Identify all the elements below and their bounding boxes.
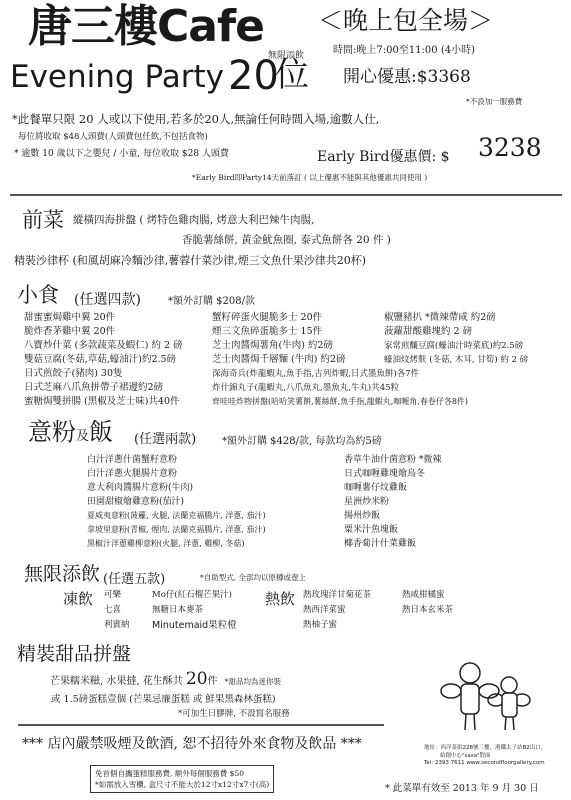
dessert-items: 芒果糯米糍, 水果撻, 花生酥共 (50, 676, 183, 687)
rice-title: 飯 (89, 418, 113, 446)
dessert-mini-note: *甜品均為迷你裝 (225, 677, 281, 686)
address-line-2: 始創中心"sasa"對面 (440, 751, 491, 759)
early-bird-label: Early Bird優惠價: $ (317, 146, 450, 166)
dessert-line-1: 芒果糯米糍, 水果撻, 花生酥共 20件 *甜品均為迷你裝 (50, 669, 281, 689)
list-item: 雙菇豆腐(冬菇,草菇,蠔油汁)約2.5磅 (24, 353, 183, 367)
list-item: 揚州炒飯 (344, 509, 441, 523)
terms-line-2: 每位將收取 $48人頭費(人頭費包任飲,不包括食物) (18, 130, 208, 142)
snacks-title: 小食 (17, 285, 59, 306)
time-info: 時間:晚上7:00至11:00 (4小時) (333, 41, 475, 56)
list-item: 菠蘿甜酸雞塊約 2 磅 (384, 325, 528, 339)
dessert-line-3: *可加生日膠牌, 不設寫名服務 (178, 707, 290, 719)
list-item: 星洲炒米粉 (344, 495, 441, 509)
rice-column-2: 香草牛油什菌意粉 *微辣 日式咖喱雞塊燴烏冬 咖喱薯仔炆雞飯 星洲炒米粉 揚州炒… (344, 453, 441, 551)
snacks-extra: *額外訂購 $208/款 (168, 292, 255, 307)
list-item: 熱咸柑橘蜜 (402, 588, 453, 603)
list-item: 熱西洋菜蜜 (303, 603, 371, 618)
appetizer-title: 前菜 (22, 210, 64, 231)
guest-count: 20 (228, 56, 279, 96)
list-item: 家常煎釀豆腐(蠔油汁時菜底)約2.5磅 (384, 339, 528, 353)
pasta-title: 意粉 (28, 418, 76, 446)
divider (10, 194, 562, 196)
list-item: 椒鹽豬扒 *微辣帶咸 約2磅 (384, 311, 528, 325)
and-label: 及 (76, 429, 89, 444)
unlimited-drinks-label: 無限添飲 (268, 48, 304, 61)
terms-line-1: *此餐單只限 20 人或以下使用,若多於20人,無論任何時間入場,逾數人仕, (12, 111, 379, 127)
address-line-1: 地址：西洋菜街228號三樓，港鐵太子站B2出口， (424, 743, 546, 751)
dessert-line-2: 或 1.5磅蛋糕壹個 (芒果忌廉蛋糕 或 鮮果黑森林蛋糕) (51, 691, 276, 705)
dessert-count: 20 (186, 669, 208, 689)
early-bird-price: 3238 (478, 135, 542, 160)
list-item: 八寶炒什菜 (多款蔬菜及蝦仁) 約 2 磅 (24, 339, 183, 353)
list-item: Minutemaid果粒橙 (152, 618, 237, 633)
list-item: 黑椒汁洋蔥雞柳意粉(火腿, 洋蔥, 雞柳, 冬菇) (87, 537, 266, 551)
list-item: 粟米汁魚塊飯 (344, 523, 441, 537)
list-item: 脆炸香茅雞中翼 20件 (24, 325, 183, 339)
event-title: Evening Party (10, 62, 224, 93)
list-item: 拿坡里意粉(青椒, 煙肉, 法蘭克福腸片, 洋蔥, 茄汁) (87, 523, 266, 537)
drinks-choose: (任選五款) (103, 568, 165, 587)
snacks-column-1: 甜蜜蜜焗雞中翼 20件 脆炸香茅雞中翼 20件 八寶炒什菜 (多款蔬菜及蝦仁) … (24, 311, 183, 409)
cold-drinks-column-2: Mo仔(紅石榴芒果汁) 無糖日本麥茶 Minutemaid果粒橙 (152, 588, 237, 633)
cake-service-box: 免首個自攜蛋糕服務費, 額外每個服務費 $50 *如需放入雪櫃, 盒尺寸不能大於… (90, 765, 274, 793)
list-item: 炸什錦丸子(龍蝦丸,八爪魚丸,墨魚丸,牛丸)共45粒 (212, 381, 468, 395)
no-smoking-notice: *** 店內嚴禁吸煙及飲酒, 恕不招待外來食物及飲品 *** (22, 733, 362, 753)
brand-title: 唐三樓Cafe (28, 5, 264, 49)
salad-cup: 精裝沙律杯 (和風胡麻冷麵沙律,薯蓉什菜沙律,煙三文魚什果沙律共20杯) (14, 252, 366, 268)
list-item: 甜蜜蜜焗雞中翼 20件 (24, 311, 183, 325)
list-item: 意大利肉醬腸片意粉(牛肉) (87, 481, 266, 495)
list-item: 田園甜椒燴雞意粉(茄汁) (87, 495, 266, 509)
contact-info: Tel: 2393 7611 www.secondfloorgallery.co… (424, 760, 545, 766)
list-item: 咖喱薯仔炆雞飯 (344, 481, 441, 495)
hot-drinks-column-1: 熱玫瑰洋甘菊花茶 熱西洋菜蜜 熱柚子蜜 (303, 588, 371, 633)
list-item: 日式咖喱雞塊燴烏冬 (344, 467, 441, 481)
pasta-column-1: 白汁洋蔥什菌蟹籽意粉 白汁洋蔥火腿腸片意粉 意大利肉醬腸片意粉(牛肉) 田園甜椒… (87, 453, 266, 551)
early-bird-note: *Early Bird即Party14天前落訂 ( 以上優惠不能與其他優惠共同使… (192, 172, 427, 183)
appetizer-platter-line-1: 縱橫四海拼盤 ( 烤特色雞肉腸, 烤意大利巴辣牛肉腸, (73, 212, 314, 227)
list-item: 椰香蔔汁什菜雞飯 (344, 537, 441, 551)
list-item: 夏威夷意粉(菠蘿, 火腿, 法蘭克福腸片, 洋蔥, 茄汁) (87, 509, 266, 523)
pasta-rice-extra: *額外訂購 $428/款, 每款均為約5磅 (222, 432, 382, 447)
list-item: 香草牛油什菌意粉 *微辣 (344, 453, 441, 467)
list-item: 日式芝麻八爪魚拼帶子裙邊約2磅 (24, 381, 183, 395)
no-service-charge: *不設加一服務費 (466, 96, 522, 107)
cold-drinks-column-1: 可樂 七喜 利賓納 (104, 588, 130, 633)
dessert-title: 精裝甜品拼盤 (17, 645, 131, 664)
list-item: 利賓納 (104, 618, 130, 633)
list-item: 七喜 (104, 603, 130, 618)
pasta-rice-title: 意粉及飯 (28, 420, 113, 444)
list-item: 熱日本玄米茶 (402, 603, 453, 618)
pasta-rice-choose: (任選兩款) (134, 428, 196, 447)
list-item: 熱玫瑰洋甘菊花茶 (303, 588, 371, 603)
package-title: ＜晚上包全場＞ (318, 8, 493, 33)
list-item: 無糖日本麥茶 (152, 603, 237, 618)
terms-line-3: * 逾數 10 歲以下之嬰兒 / 小童, 每位收取 $28 人頭費 (14, 146, 229, 159)
list-item: 齊哇哇炸物拼盤(哈哈笑薯餅,薯絲餅,魚手指,龍蝦丸,咖喱角,春卷仔各8件) (212, 395, 468, 409)
cold-drinks-label: 凍飲 (63, 592, 93, 607)
list-item: 可樂 (104, 588, 130, 603)
hot-drinks-label: 熱飲 (265, 592, 295, 607)
divider (18, 724, 384, 726)
list-item: 白汁洋蔥什菌蟹籽意粉 (87, 453, 266, 467)
drinks-title: 無限添飲 (24, 565, 100, 584)
list-item: 日式煎餃子(豬肉) 30隻 (24, 367, 183, 381)
list-item: 深海奇兵(炸龍蝦丸,魚手指,吉列炸蝦,日式墨魚餅)各7件 (212, 367, 468, 381)
list-item: Mo仔(紅石榴芒果汁) (152, 588, 237, 603)
cartoon-figures-illustration (440, 660, 535, 740)
list-item: 蠔油炆烤麩 (冬菇, 木耳, 甘筍) 約 2 磅 (384, 353, 528, 367)
dessert-unit: 件 (208, 676, 218, 687)
validity-notice: * 此菜單有效至 2013 年 9 月 30 日 (385, 780, 539, 794)
hot-drinks-column-2: 熱咸柑橘蜜 熱日本玄米茶 (402, 588, 453, 618)
cake-service-line-2: *如需放入雪櫃, 盒尺寸不能大於12寸x12寸x7寸(高) (95, 779, 269, 790)
happy-price: 開心優惠:$3368 (343, 62, 471, 87)
snacks-column-3: 椒鹽豬扒 *微辣帶咸 約2磅 菠蘿甜酸雞塊約 2 磅 家常煎釀豆腐(蠔油汁時菜底… (384, 311, 528, 367)
cake-service-line-1: 免首個自攜蛋糕服務費, 額外每個服務費 $50 (95, 768, 269, 779)
guest-unit: 位 (275, 58, 309, 92)
list-item: 熱柚子蜜 (303, 618, 371, 633)
snacks-choose: (任選四款) (74, 289, 141, 309)
list-item: 白汁洋蔥火腿腸片意粉 (87, 467, 266, 481)
drinks-note: *自助型式, 全部均以原樽或壺上 (200, 572, 306, 583)
appetizer-platter-line-2: 香脆薯絲餅, 黃金魷魚圈, 泰式魚餅各 20 件 ) (182, 232, 391, 247)
list-item: 蜜糖焗雙拼腸 (黑椒及芝士味)共40件 (24, 395, 183, 409)
